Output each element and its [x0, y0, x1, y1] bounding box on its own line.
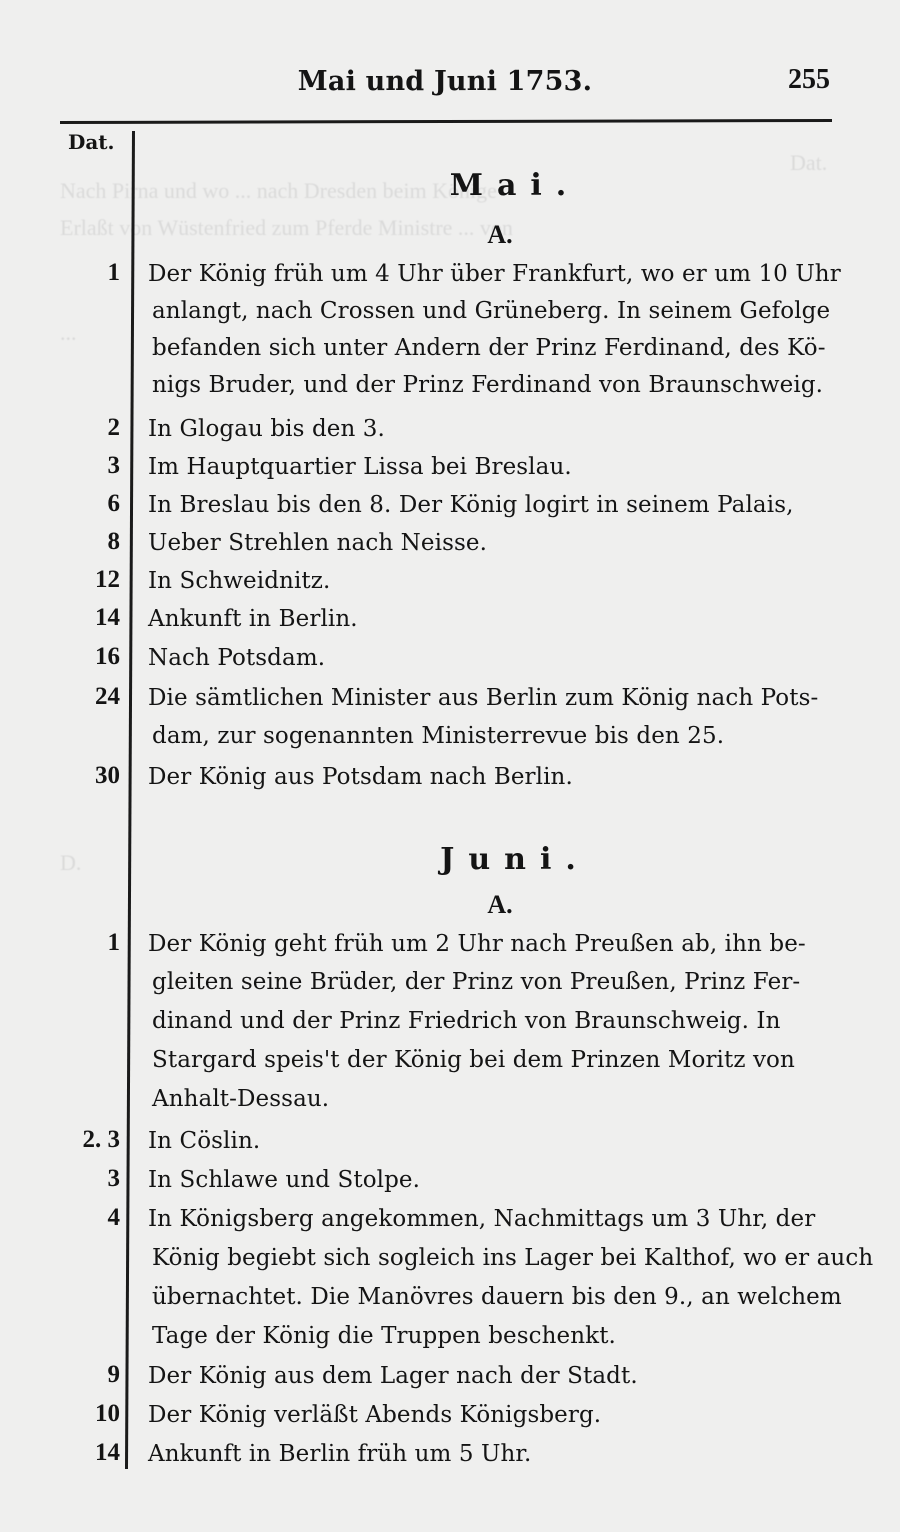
entry-text: nigs Bruder, und der Prinz Ferdinand von…: [152, 370, 823, 400]
month-heading-juni: Juni.: [140, 842, 890, 877]
entry-date: 30: [95, 762, 120, 790]
entry-text: dinand und der Prinz Friedrich von Braun…: [152, 1006, 781, 1036]
entry-date: 8: [108, 528, 121, 556]
entry-date: 6: [108, 490, 121, 518]
entry-text: Ueber Strehlen nach Neisse.: [148, 528, 487, 558]
entry-text: Der König verläßt Abends Königsberg.: [148, 1400, 601, 1430]
entry-text: Die sämtlichen Minister aus Berlin zum K…: [148, 683, 818, 713]
entry-date: 3: [108, 1165, 121, 1193]
entry-date: 2: [108, 414, 121, 442]
entry-date: 24: [95, 683, 120, 711]
entry-text: In Schweidnitz.: [148, 566, 330, 596]
running-title: Mai und Juni 1753.: [0, 66, 890, 97]
date-column-label: Dat.: [68, 130, 115, 154]
entry-text: Stargard speis't der König bei dem Prinz…: [152, 1045, 795, 1075]
entry-date: 16: [95, 643, 120, 671]
bleed-through-text: ...: [60, 320, 77, 346]
entry-text: Ankunft in Berlin.: [148, 604, 358, 634]
entry-text: Der König aus dem Lager nach der Stadt.: [148, 1361, 638, 1391]
entry-date: 4: [108, 1204, 121, 1232]
entry-date: 1: [108, 259, 121, 287]
entry-date: 14: [95, 1439, 120, 1467]
entry-date: 9: [108, 1361, 121, 1389]
section-heading: A.: [140, 890, 860, 920]
column-divider: [125, 131, 135, 1469]
book-page: Dat. Nach Pirna und wo ... nach Dresden …: [0, 0, 900, 1532]
entry-date: 1: [108, 929, 121, 957]
entry-text: Tage der König die Truppen beschenkt.: [152, 1321, 616, 1351]
entry-text: anlangt, nach Crossen und Grüneberg. In …: [152, 296, 830, 326]
bleed-through-text: D.: [60, 850, 81, 876]
entry-text: In Königsberg angekommen, Nachmittags um…: [148, 1204, 815, 1234]
entry-date: 3: [108, 452, 121, 480]
entry-text: Nach Potsdam.: [148, 643, 325, 673]
entry-date: 14: [95, 604, 120, 632]
entry-text: Der König geht früh um 2 Uhr nach Preuße…: [148, 929, 806, 959]
entry-date: 12: [95, 566, 120, 594]
entry-text: König begiebt sich sogleich ins Lager be…: [152, 1243, 873, 1273]
entry-date: 2. 3: [83, 1126, 121, 1154]
entry-text: Der König aus Potsdam nach Berlin.: [148, 762, 573, 792]
entry-text: In Breslau bis den 8. Der König logirt i…: [148, 490, 794, 520]
entry-text: Ankunft in Berlin früh um 5 Uhr.: [148, 1439, 531, 1469]
header-rule: [60, 119, 832, 124]
entry-text: Anhalt-Dessau.: [152, 1084, 329, 1114]
entry-text: gleiten seine Brüder, der Prinz von Preu…: [152, 967, 800, 997]
section-heading: A.: [140, 220, 860, 250]
entry-text: übernachtet. Die Manövres dauern bis den…: [152, 1282, 842, 1312]
entry-text: Der König früh um 4 Uhr über Frankfurt, …: [148, 259, 841, 289]
entry-text: Im Hauptquartier Lissa bei Breslau.: [148, 452, 572, 482]
entry-text: In Schlawe und Stolpe.: [148, 1165, 420, 1195]
month-heading-mai: Mai.: [140, 168, 890, 203]
entry-text: befanden sich unter Andern der Prinz Fer…: [152, 333, 826, 363]
entry-text: In Glogau bis den 3.: [148, 414, 385, 444]
entry-date: 10: [95, 1400, 120, 1428]
entry-text: dam, zur sogenannten Ministerrevue bis d…: [152, 721, 724, 751]
page-number: 255: [788, 64, 830, 96]
entry-text: In Cöslin.: [148, 1126, 260, 1156]
